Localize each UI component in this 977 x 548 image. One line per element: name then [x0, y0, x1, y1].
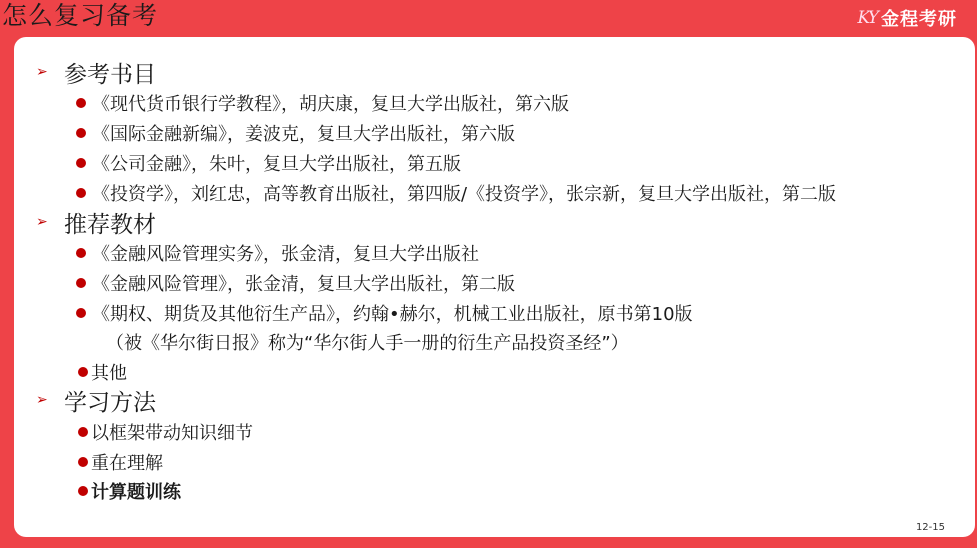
- bullet-icon: [78, 427, 88, 437]
- bullet-icon: [76, 248, 86, 258]
- item-text: 计算题训练: [91, 478, 181, 504]
- item-text: 《投资学》，刘红忠，高等教育出版社，第四版/《投资学》，张宗新，复旦大学出版社，…: [92, 180, 836, 206]
- list-item: 重在理解: [78, 449, 163, 475]
- list-item: 以框架带动知识细节: [78, 419, 253, 445]
- list-item: 《金融风险管理实务》，张金清，复旦大学出版社: [76, 240, 479, 266]
- logo-mark-icon: KY: [858, 8, 877, 28]
- list-item: 《投资学》，刘红忠，高等教育出版社，第四版/《投资学》，张宗新，复旦大学出版社，…: [76, 180, 836, 206]
- item-text: 《公司金融》，朱叶，复旦大学出版社，第五版: [92, 150, 461, 176]
- slide-title: 怎么复习备考: [2, 0, 158, 32]
- logo-text: 金程考研: [881, 5, 957, 31]
- bullet-icon: [78, 486, 88, 496]
- page-number: 12-15: [916, 522, 945, 533]
- content-card: ➢ 参考书目 《现代货币银行学教程》，胡庆康，复旦大学出版社，第六版 《国际金融…: [14, 37, 975, 537]
- bullet-icon: [78, 367, 88, 377]
- item-text: 其他: [91, 359, 127, 385]
- list-item: 《公司金融》，朱叶，复旦大学出版社，第五版: [76, 150, 461, 176]
- title-bar: 怎么复习备考 KY 金程考研: [0, 0, 977, 36]
- section-heading-study-methods: ➢ 学习方法: [36, 385, 156, 415]
- item-text: 《国际金融新编》，姜波克，复旦大学出版社，第六版: [92, 120, 515, 146]
- bullet-icon: [76, 128, 86, 138]
- list-item: 《现代货币银行学教程》，胡庆康，复旦大学出版社，第六版: [76, 90, 569, 116]
- section-label: 参考书目: [64, 56, 156, 89]
- list-item: 《期权、期货及其他衍生产品》，约翰•赫尔，机械工业出版社，原书第10版: [76, 300, 693, 326]
- item-text: 重在理解: [91, 449, 163, 475]
- list-item: 计算题训练: [78, 478, 181, 504]
- item-text: 《金融风险管理》，张金清，复旦大学出版社，第二版: [92, 270, 515, 296]
- bullet-icon: [76, 98, 86, 108]
- arrow-bullet-icon: ➢: [36, 214, 64, 230]
- bullet-icon: [78, 457, 88, 467]
- section-heading-recommended-textbooks: ➢ 推荐教材: [36, 207, 156, 237]
- item-text: 《期权、期货及其他衍生产品》，约翰•赫尔，机械工业出版社，原书第10版: [92, 300, 693, 326]
- item-text: 以框架带动知识细节: [91, 419, 253, 445]
- arrow-bullet-icon: ➢: [36, 64, 64, 80]
- brand-logo: KY 金程考研: [858, 4, 957, 32]
- bullet-icon: [76, 278, 86, 288]
- list-item: 其他: [78, 359, 127, 385]
- arrow-bullet-icon: ➢: [36, 392, 64, 408]
- section-label: 学习方法: [64, 384, 156, 417]
- item-note: （被《华尔街日报》称为“华尔街人手一册的衍生产品投资圣经”）: [106, 329, 629, 355]
- bullet-icon: [76, 158, 86, 168]
- bullet-icon: [76, 308, 86, 318]
- list-item: 《金融风险管理》，张金清，复旦大学出版社，第二版: [76, 270, 515, 296]
- bullet-icon: [76, 188, 86, 198]
- item-text: 《现代货币银行学教程》，胡庆康，复旦大学出版社，第六版: [92, 90, 569, 116]
- item-text: 《金融风险管理实务》，张金清，复旦大学出版社: [92, 240, 479, 266]
- section-label: 推荐教材: [64, 206, 156, 239]
- list-item: 《国际金融新编》，姜波克，复旦大学出版社，第六版: [76, 120, 515, 146]
- section-heading-reference-books: ➢ 参考书目: [36, 57, 156, 87]
